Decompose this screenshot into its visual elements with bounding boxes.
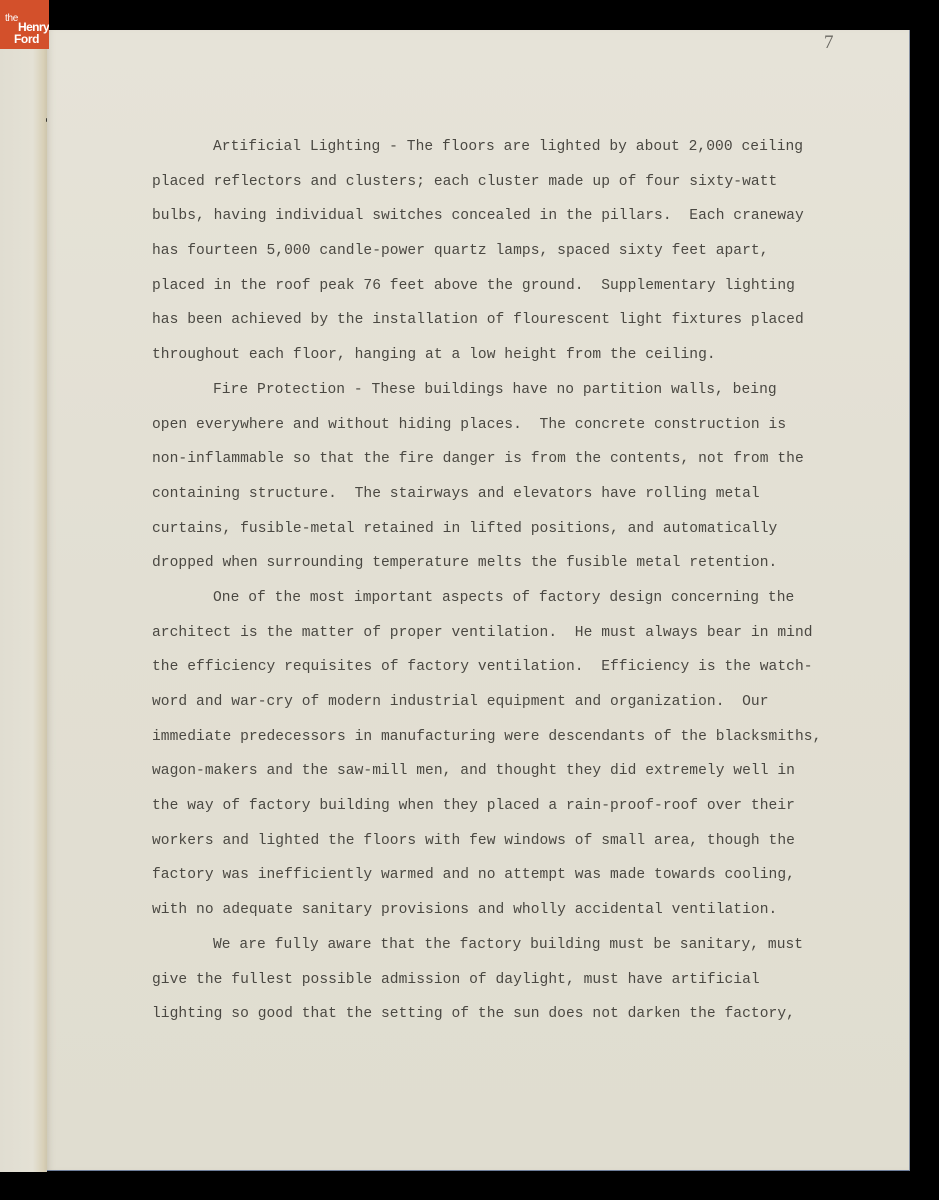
text-line: open everywhere and without hiding place… — [152, 412, 852, 447]
text-line: the efficiency requisites of factory ven… — [152, 654, 852, 689]
text-line: containing structure. The stairways and … — [152, 481, 852, 516]
text-line: throughout each floor, hanging at a low … — [152, 342, 852, 377]
text-line: lighting so good that the setting of the… — [152, 1001, 852, 1036]
text-line: curtains, fusible-metal retained in lift… — [152, 516, 852, 551]
text-line: wagon-makers and the saw-mill men, and t… — [152, 758, 852, 793]
text-line: architect is the matter of proper ventil… — [152, 620, 852, 655]
paragraph-first-line: Artificial Lighting - The floors are lig… — [152, 134, 852, 169]
page-number: 7 — [824, 32, 834, 54]
text-line: word and war-cry of modern industrial eq… — [152, 689, 852, 724]
text-line: with no adequate sanitary provisions and… — [152, 897, 852, 932]
paragraph-first-line: One of the most important aspects of fac… — [152, 585, 852, 620]
text-line: workers and lighted the floors with few … — [152, 828, 852, 863]
text-line: has been achieved by the installation of… — [152, 307, 852, 342]
text-line: placed in the roof peak 76 feet above th… — [152, 273, 852, 308]
text-line: non-inflammable so that the fire danger … — [152, 446, 852, 481]
text-line: give the fullest possible admission of d… — [152, 967, 852, 1002]
previous-page-edge — [0, 22, 47, 1172]
text-line: dropped when surrounding temperature mel… — [152, 550, 852, 585]
paragraph-first-line: We are fully aware that the factory buil… — [152, 932, 852, 967]
text-line: the way of factory building when they pl… — [152, 793, 852, 828]
scan-viewport: 7 Artificial Lighting - The floors are l… — [0, 0, 939, 1200]
text-line: placed reflectors and clusters; each clu… — [152, 169, 852, 204]
text-line: bulbs, having individual switches concea… — [152, 203, 852, 238]
body-text: Artificial Lighting - The floors are lig… — [152, 134, 852, 1036]
text-line: factory was inefficiently warmed and no … — [152, 862, 852, 897]
logo-text-the: the — [5, 14, 18, 24]
text-line: has fourteen 5,000 candle-power quartz l… — [152, 238, 852, 273]
text-line: immediate predecessors in manufacturing … — [152, 724, 852, 759]
document-page: 7 Artificial Lighting - The floors are l… — [47, 30, 910, 1171]
henry-ford-logo: the Henry Ford — [0, 0, 49, 49]
logo-text-ford: Ford — [14, 33, 39, 45]
paragraph-first-line: Fire Protection - These buildings have n… — [152, 377, 852, 412]
